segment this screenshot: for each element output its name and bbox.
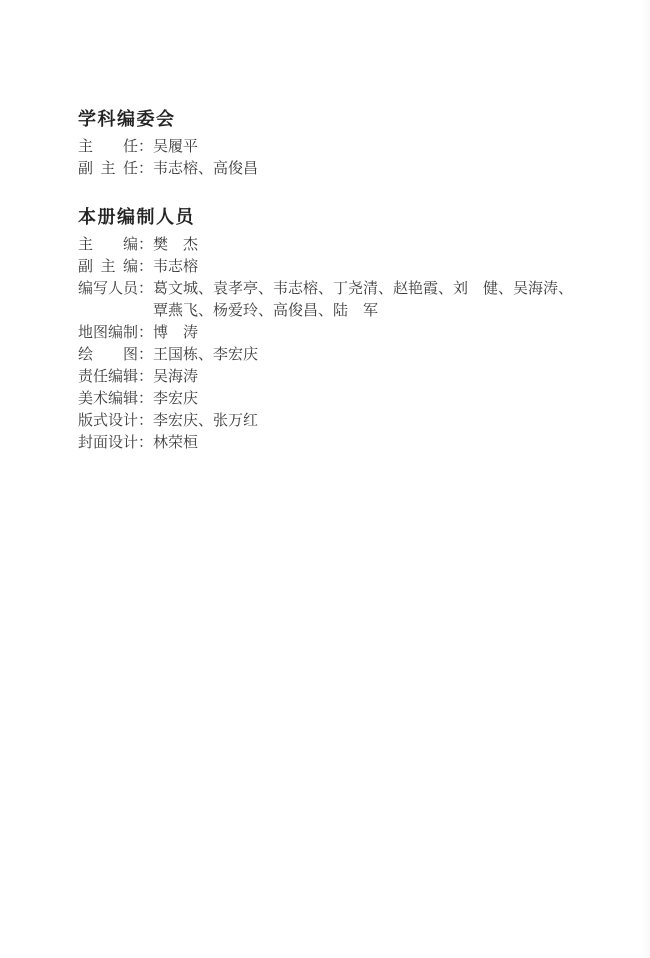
section-subject-committee: 学科编委会 主任：吴履平 副主任：韦志榕、高俊昌 — [78, 107, 578, 180]
row-colon: ： — [138, 158, 153, 180]
row-value: 韦志榕 — [153, 256, 578, 278]
row-label: 编写人员 — [78, 278, 138, 322]
credits-content: 学科编委会 主任：吴履平 副主任：韦志榕、高俊昌 本册编制人员 主编：樊 杰 副… — [78, 107, 578, 454]
row-label: 副主编 — [78, 256, 138, 278]
credit-row-layout-design: 版式设计：李宏庆、张万红 — [78, 410, 578, 432]
row-colon: ： — [138, 388, 153, 410]
credit-row-deputy-chief-editor: 副主编：韦志榕 — [78, 256, 578, 278]
book-credits-page: 学科编委会 主任：吴履平 副主任：韦志榕、高俊昌 本册编制人员 主编：樊 杰 副… — [0, 0, 650, 958]
section-heading: 学科编委会 — [78, 107, 578, 131]
row-value: 樊 杰 — [153, 234, 578, 256]
row-colon: ： — [138, 278, 153, 322]
row-label: 美术编辑 — [78, 388, 138, 410]
credit-row-illustration: 绘图：王国栋、李宏庆 — [78, 344, 578, 366]
row-value: 葛文城、袁孝亭、韦志榕、丁尧清、赵艳霞、刘 健、吴海涛、覃燕飞、杨爱玲、高俊昌、… — [153, 278, 578, 322]
section-volume-staff: 本册编制人员 主编：樊 杰 副主编：韦志榕 编写人员：葛文城、袁孝亭、韦志榕、丁… — [78, 205, 578, 454]
row-colon: ： — [138, 256, 153, 278]
row-label: 封面设计 — [78, 432, 138, 454]
credit-row-responsible-editor: 责任编辑：吴海涛 — [78, 366, 578, 388]
row-label: 主任 — [78, 136, 138, 158]
row-label: 地图编制 — [78, 322, 138, 344]
row-label: 主编 — [78, 234, 138, 256]
row-colon: ： — [138, 410, 153, 432]
credit-row-cover-design: 封面设计：林荣桓 — [78, 432, 578, 454]
credit-row-chief-editor: 主编：樊 杰 — [78, 234, 578, 256]
row-colon: ： — [138, 234, 153, 256]
row-colon: ： — [138, 366, 153, 388]
row-colon: ： — [138, 136, 153, 158]
credit-row-art-editor: 美术编辑：李宏庆 — [78, 388, 578, 410]
row-value: 李宏庆、张万红 — [153, 410, 578, 432]
row-value: 王国栋、李宏庆 — [153, 344, 578, 366]
credit-row-writers: 编写人员：葛文城、袁孝亭、韦志榕、丁尧清、赵艳霞、刘 健、吴海涛、覃燕飞、杨爱玲… — [78, 278, 578, 322]
writers-line-2: 覃燕飞、杨爱玲、高俊昌、陆 军 — [153, 303, 378, 319]
credit-row-deputy-director: 副主任：韦志榕、高俊昌 — [78, 158, 578, 180]
row-label: 副主任 — [78, 158, 138, 180]
row-value: 吴履平 — [153, 136, 578, 158]
row-colon: ： — [138, 322, 153, 344]
writers-line-1: 葛文城、袁孝亭、韦志榕、丁尧清、赵艳霞、刘 健、吴海涛、 — [153, 281, 573, 297]
row-value: 韦志榕、高俊昌 — [153, 158, 578, 180]
row-colon: ： — [138, 432, 153, 454]
row-value: 李宏庆 — [153, 388, 578, 410]
row-value: 吴海涛 — [153, 366, 578, 388]
credit-row-map-compilation: 地图编制：博 涛 — [78, 322, 578, 344]
scan-edge-shading — [640, 0, 650, 958]
row-label: 版式设计 — [78, 410, 138, 432]
credit-row-director: 主任：吴履平 — [78, 136, 578, 158]
row-colon: ： — [138, 344, 153, 366]
section-heading: 本册编制人员 — [78, 205, 578, 229]
row-value: 林荣桓 — [153, 432, 578, 454]
row-value: 博 涛 — [153, 322, 578, 344]
row-label: 责任编辑 — [78, 366, 138, 388]
row-label: 绘图 — [78, 344, 138, 366]
